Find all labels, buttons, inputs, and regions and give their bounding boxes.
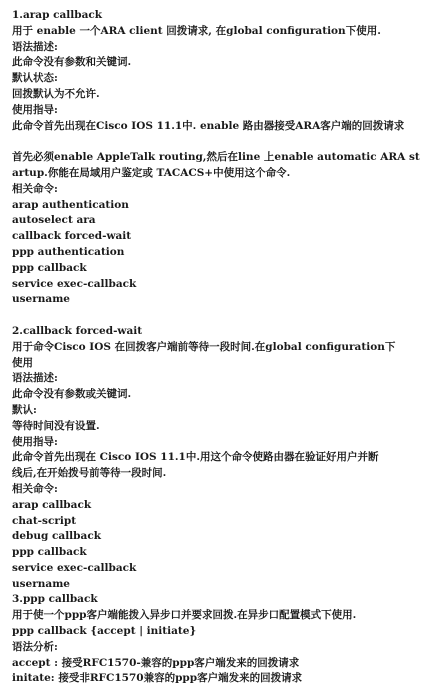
text-line: 线后,在开始拨号前等待一段时间. <box>12 466 437 482</box>
text-line: 使用指导: <box>12 435 437 451</box>
text-line: 此命令首先出现在 Cisco IOS 11.1中.用这个命令使路由器在验证好用户… <box>12 450 437 466</box>
text-line: 3.ppp callback <box>12 592 437 608</box>
document-section: 2.callback forced-wait用于命令Cisco IOS 在回拨客… <box>12 324 437 593</box>
text-line: 等待时间没有设置. <box>12 419 437 435</box>
text-line: debug callback <box>12 529 437 545</box>
text-line: 相关命令: <box>12 182 437 198</box>
text-line: 默认: <box>12 403 437 419</box>
text-line: 回拨默认为不允许. <box>12 87 437 103</box>
text-line: callback forced-wait <box>12 229 437 245</box>
text-line: 首先必须enable AppleTalk routing,然后在line 上en… <box>12 150 437 166</box>
text-line: autoselect ara <box>12 213 437 229</box>
text-line: ppp callback <box>12 545 437 561</box>
text-line: artup.你能在局域用户鉴定或 TACACS+中使用这个命令. <box>12 166 437 182</box>
text-line: 相关命令: <box>12 482 437 498</box>
blank-line <box>12 134 437 150</box>
document-section: 3.ppp callback用于使一个ppp客户端能拨入异步口并要求回拨.在异步… <box>12 592 437 687</box>
text-line: 语法描述: <box>12 40 437 56</box>
text-line: 使用指导: <box>12 103 437 119</box>
text-line: 2.callback forced-wait <box>12 324 437 340</box>
text-line: ppp callback {accept | initiate} <box>12 624 437 640</box>
text-line: 此命令没有参数和关键词. <box>12 55 437 71</box>
text-line: accept : 接受RFC1570-兼容的ppp客户端发来的回拨请求 <box>12 656 437 672</box>
text-line: username <box>12 292 437 308</box>
text-line: 此命令没有参数或关键词. <box>12 387 437 403</box>
text-line: 用于 enable 一个ARA client 回拨请求, 在global con… <box>12 24 437 40</box>
text-line: 使用 <box>12 356 437 372</box>
text-line: chat-script <box>12 514 437 530</box>
text-line: username <box>12 577 437 593</box>
text-line: 此命令首先出现在Cisco IOS 11.1中. enable 路由器接受ARA… <box>12 119 437 135</box>
text-line: 用于使一个ppp客户端能拨入异步口并要求回拨.在异步口配置模式下使用. <box>12 608 437 624</box>
text-line: arap callback <box>12 498 437 514</box>
text-line: initate: 接受非RFC1570兼容的ppp客户端发来的回拨请求 <box>12 671 437 687</box>
document-section: 1.arap callback用于 enable 一个ARA client 回拨… <box>12 8 437 324</box>
blank-line <box>12 308 437 324</box>
text-line: 语法描述: <box>12 371 437 387</box>
text-line: 默认状态: <box>12 71 437 87</box>
text-line: 语法分析: <box>12 640 437 656</box>
text-line: arap authentication <box>12 198 437 214</box>
document-page: 1.arap callback用于 enable 一个ARA client 回拨… <box>12 8 437 687</box>
text-line: ppp callback <box>12 261 437 277</box>
text-line: ppp authentication <box>12 245 437 261</box>
text-line: 1.arap callback <box>12 8 437 24</box>
text-line: service exec-callback <box>12 277 437 293</box>
text-line: 用于命令Cisco IOS 在回拨客户端前等待一段时间.在global conf… <box>12 340 437 356</box>
text-line: service exec-callback <box>12 561 437 577</box>
